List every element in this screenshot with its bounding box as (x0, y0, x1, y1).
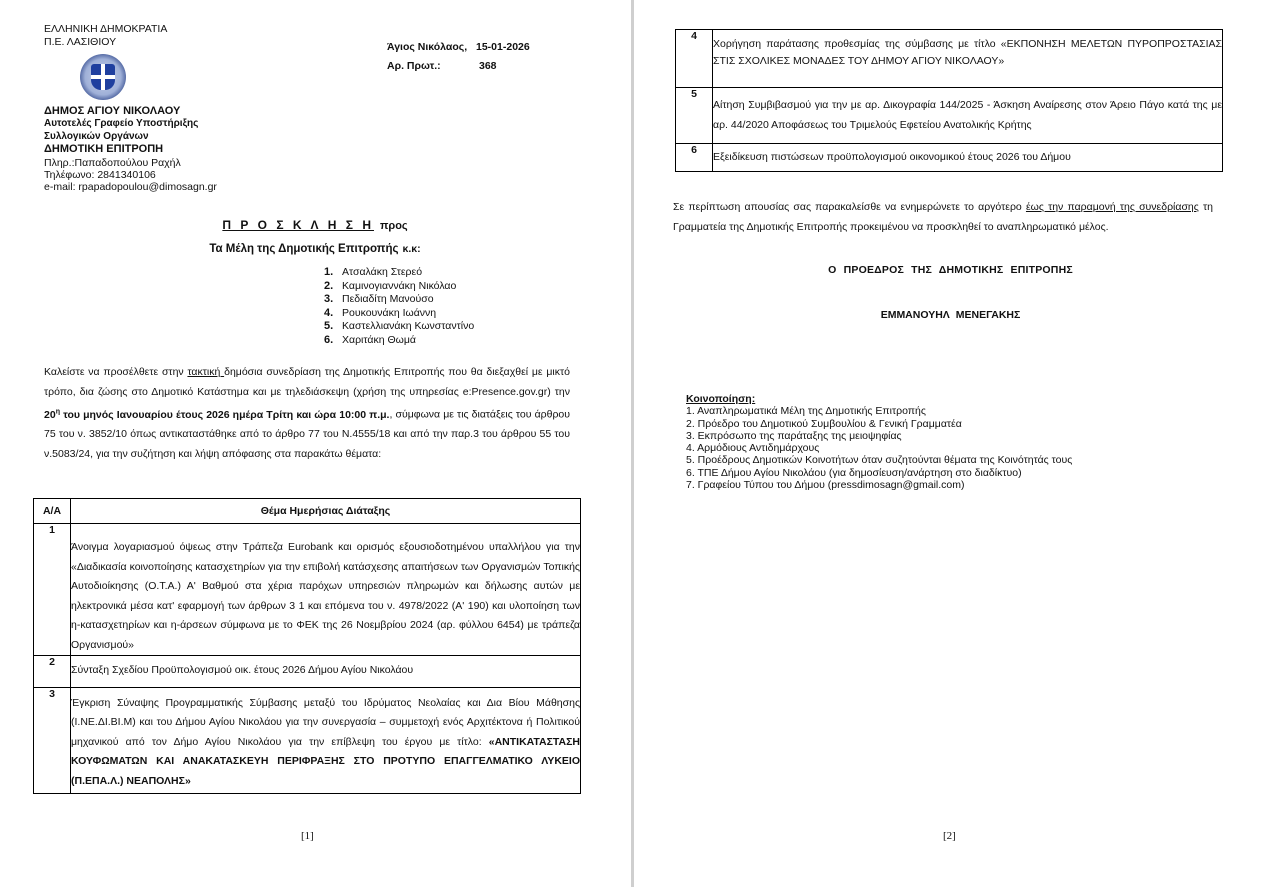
row-number: 4 (676, 30, 713, 88)
meeting-datetime: 20η του μηνός Ιανουαρίου έτους 2026 ημέρ… (44, 409, 389, 421)
row-topic: Χορήγηση παράτασης προθεσμίας της σύμβασ… (713, 30, 1223, 88)
subtitle-text: Τα Μέλη της Δημοτικής Επιτροπής (209, 243, 398, 255)
document-page-1: ΕΛΛΗΝΙΚΗ ΔΗΜΟΚΡΑΤΙΑ Π.Ε. ΛΑΣΙΘΙΟΥ ΔΗΜΟΣ … (0, 0, 630, 887)
member-name: Ρουκουνάκη Ιωάννη (342, 307, 436, 319)
header-phone: Τηλέφωνο: 2841340106 (44, 169, 156, 181)
notification-item: 7. Γραφείου Τύπου του Δήμου (pressdimosa… (686, 479, 1072, 491)
header-region: Π.Ε. ΛΑΣΙΘΙΟΥ (44, 36, 116, 48)
president-title: Ο ΠΡΟΕΔΡΟΣ ΤΗΣ ΔΗΜΟΤΙΚΗΣ ΕΠΙΤΡΟΠΗΣ (636, 264, 1265, 276)
row-topic: Εξειδίκευση πιστώσεων προϋπολογισμού οικ… (713, 144, 1223, 172)
member-name: Καστελλιανάκη Κωνσταντίνο (342, 320, 474, 332)
table-row: 4 Χορήγηση παράτασης προθεσμίας της σύμβ… (676, 30, 1223, 88)
notification-list: 1. Αναπληρωματικά Μέλη της Δημοτικής Επι… (686, 405, 1072, 491)
notification-item: 2. Πρόεδρο του Δημοτικού Συμβουλίου & Γε… (686, 418, 1072, 430)
president-name: ΕΜΜΑΝΟΥΗΛ ΜΕΝΕΓΑΚΗΣ (636, 309, 1265, 321)
member-item: 3.Πεδιαδίτη Μανούσο (324, 293, 474, 307)
absence-underlined: έως την παραμονή της συνεδρίασης (1026, 201, 1199, 213)
meeting-day: 20 (44, 409, 56, 421)
header-contact-person: Πληρ.:Παπαδοπούλου Ραχήλ (44, 157, 181, 169)
document-date: 15-01-2026 (476, 41, 530, 53)
member-item: 1.Ατσαλάκη Στερεό (324, 266, 474, 280)
absence-text: Σε περίπτωση απουσίας σας παρακαλείσθε ν… (673, 201, 1026, 213)
row-topic: Αίτηση Συμβιβασμού για την με αρ. Δικογρ… (713, 88, 1223, 144)
title-suffix: προς (380, 220, 408, 232)
member-item: 2.Καμινογιαννάκη Νικόλαο (324, 280, 474, 294)
member-number: 2. (324, 280, 342, 294)
meeting-date-rest: του μηνός Ιανουαρίου έτους 2026 ημέρα Τρ… (60, 409, 390, 421)
notification-title: Κοινοποίηση: (686, 393, 1072, 405)
row-topic: Σύνταξη Σχεδίου Προϋπολογισμού οικ. έτου… (71, 656, 581, 688)
column-header-topic: Θέμα Ημερήσιας Διάταξης (71, 499, 581, 524)
header-office-line2: Συλλογικών Οργάνων (44, 131, 149, 143)
place-label: Άγιος Νικόλαος, (387, 41, 467, 53)
member-name: Ατσαλάκη Στερεό (342, 266, 422, 278)
row-number: 5 (676, 88, 713, 144)
agenda-table: Α/Α Θέμα Ημερήσιας Διάταξης 1 Άνοιγμα λο… (33, 498, 581, 794)
member-name: Χαριτάκη Θωμά (342, 334, 416, 346)
page-divider (631, 0, 634, 887)
invitation-paragraph: Καλείστε να προσέλθετε στην τακτική δημό… (44, 363, 570, 464)
member-number: 6. (324, 334, 342, 348)
page-number: [1] (301, 830, 314, 842)
member-item: 4.Ρουκουνάκη Ιωάννη (324, 307, 474, 321)
member-number: 3. (324, 293, 342, 307)
notification-item: 6. ΤΠΕ Δήμου Αγίου Νικολάου (για δημοσίε… (686, 467, 1072, 479)
table-row: 6 Εξειδίκευση πιστώσεων προϋπολογισμού ο… (676, 144, 1223, 172)
table-row: 1 Άνοιγμα λογαριασμού όψεως στην Τράπεζα… (34, 524, 581, 656)
title-main: Π Ρ Ο Σ Κ Λ Η Σ Η (222, 218, 374, 232)
member-number: 1. (324, 266, 342, 280)
notification-item: 1. Αναπληρωματικά Μέλη της Δημοτικής Επι… (686, 405, 1072, 417)
members-list: 1.Ατσαλάκη Στερεό 2.Καμινογιαννάκη Νικόλ… (324, 266, 474, 347)
column-header-number: Α/Α (34, 499, 71, 524)
header-municipality: ΔΗΜΟΣ ΑΓΙΟΥ ΝΙΚΟΛΑΟΥ (44, 105, 180, 117)
intro-underlined: τακτική (187, 366, 224, 378)
row-topic: Άνοιγμα λογαριασμού όψεως στην Τράπεζα E… (71, 524, 581, 656)
agenda-table-continued: 4 Χορήγηση παράτασης προθεσμίας της σύμβ… (675, 29, 1223, 172)
row-number: 2 (34, 656, 71, 688)
header-republic: ΕΛΛΗΝΙΚΗ ΔΗΜΟΚΡΑΤΙΑ (44, 23, 167, 35)
notification-section: Κοινοποίηση: 1. Αναπληρωματικά Μέλη της … (686, 393, 1072, 491)
subtitle-suffix: κ.κ: (403, 243, 421, 255)
member-name: Πεδιαδίτη Μανούσο (342, 293, 434, 305)
row-topic: Έγκριση Σύναψης Προγραμματικής Σύμβασης … (71, 687, 581, 794)
absence-notice: Σε περίπτωση απουσίας σας παρακαλείσθε ν… (673, 198, 1213, 237)
table-row: 5 Αίτηση Συμβιβασμού για την με αρ. Δικο… (676, 88, 1223, 144)
table-row: 2 Σύνταξη Σχεδίου Προϋπολογισμού οικ. έτ… (34, 656, 581, 688)
header-committee: ΔΗΜΟΤΙΚΗ ΕΠΙΤΡΟΠΗ (44, 143, 163, 155)
table-header-row: Α/Α Θέμα Ημερήσιας Διάταξης (34, 499, 581, 524)
protocol-label: Αρ. Πρωτ.: (387, 60, 441, 72)
protocol-number: 368 (479, 60, 497, 72)
member-name: Καμινογιαννάκη Νικόλαο (342, 280, 456, 292)
document-subtitle: Τα Μέλη της Δημοτικής Επιτροπήςκ.κ: (0, 243, 630, 255)
member-number: 5. (324, 320, 342, 334)
greek-coat-of-arms-icon (80, 54, 126, 100)
intro-text: Καλείστε να προσέλθετε στην (44, 366, 187, 378)
page-number: [2] (943, 830, 956, 842)
member-item: 6.Χαριτάκη Θωμά (324, 334, 474, 348)
document-title: Π Ρ Ο Σ Κ Λ Η Σ Ηπρος (0, 218, 630, 232)
notification-item: 5. Προέδρους Δημοτικών Κοινοτήτων όταν σ… (686, 454, 1072, 466)
member-number: 4. (324, 307, 342, 321)
header-email[interactable]: e-mail: rpapadopoulou@dimosagn.gr (44, 181, 217, 193)
notification-item: 4. Αρμόδιους Αντιδημάρχους (686, 442, 1072, 454)
row-number: 1 (34, 524, 71, 656)
row-number: 3 (34, 687, 71, 794)
member-item: 5.Καστελλιανάκη Κωνσταντίνο (324, 320, 474, 334)
notification-item: 3. Εκπρόσωπο της παράταξης της μειοψηφία… (686, 430, 1072, 442)
row-number: 6 (676, 144, 713, 172)
header-office-line1: Αυτοτελές Γραφείο Υποστήριξης (44, 118, 198, 130)
table-row: 3 Έγκριση Σύναψης Προγραμματικής Σύμβαση… (34, 687, 581, 794)
